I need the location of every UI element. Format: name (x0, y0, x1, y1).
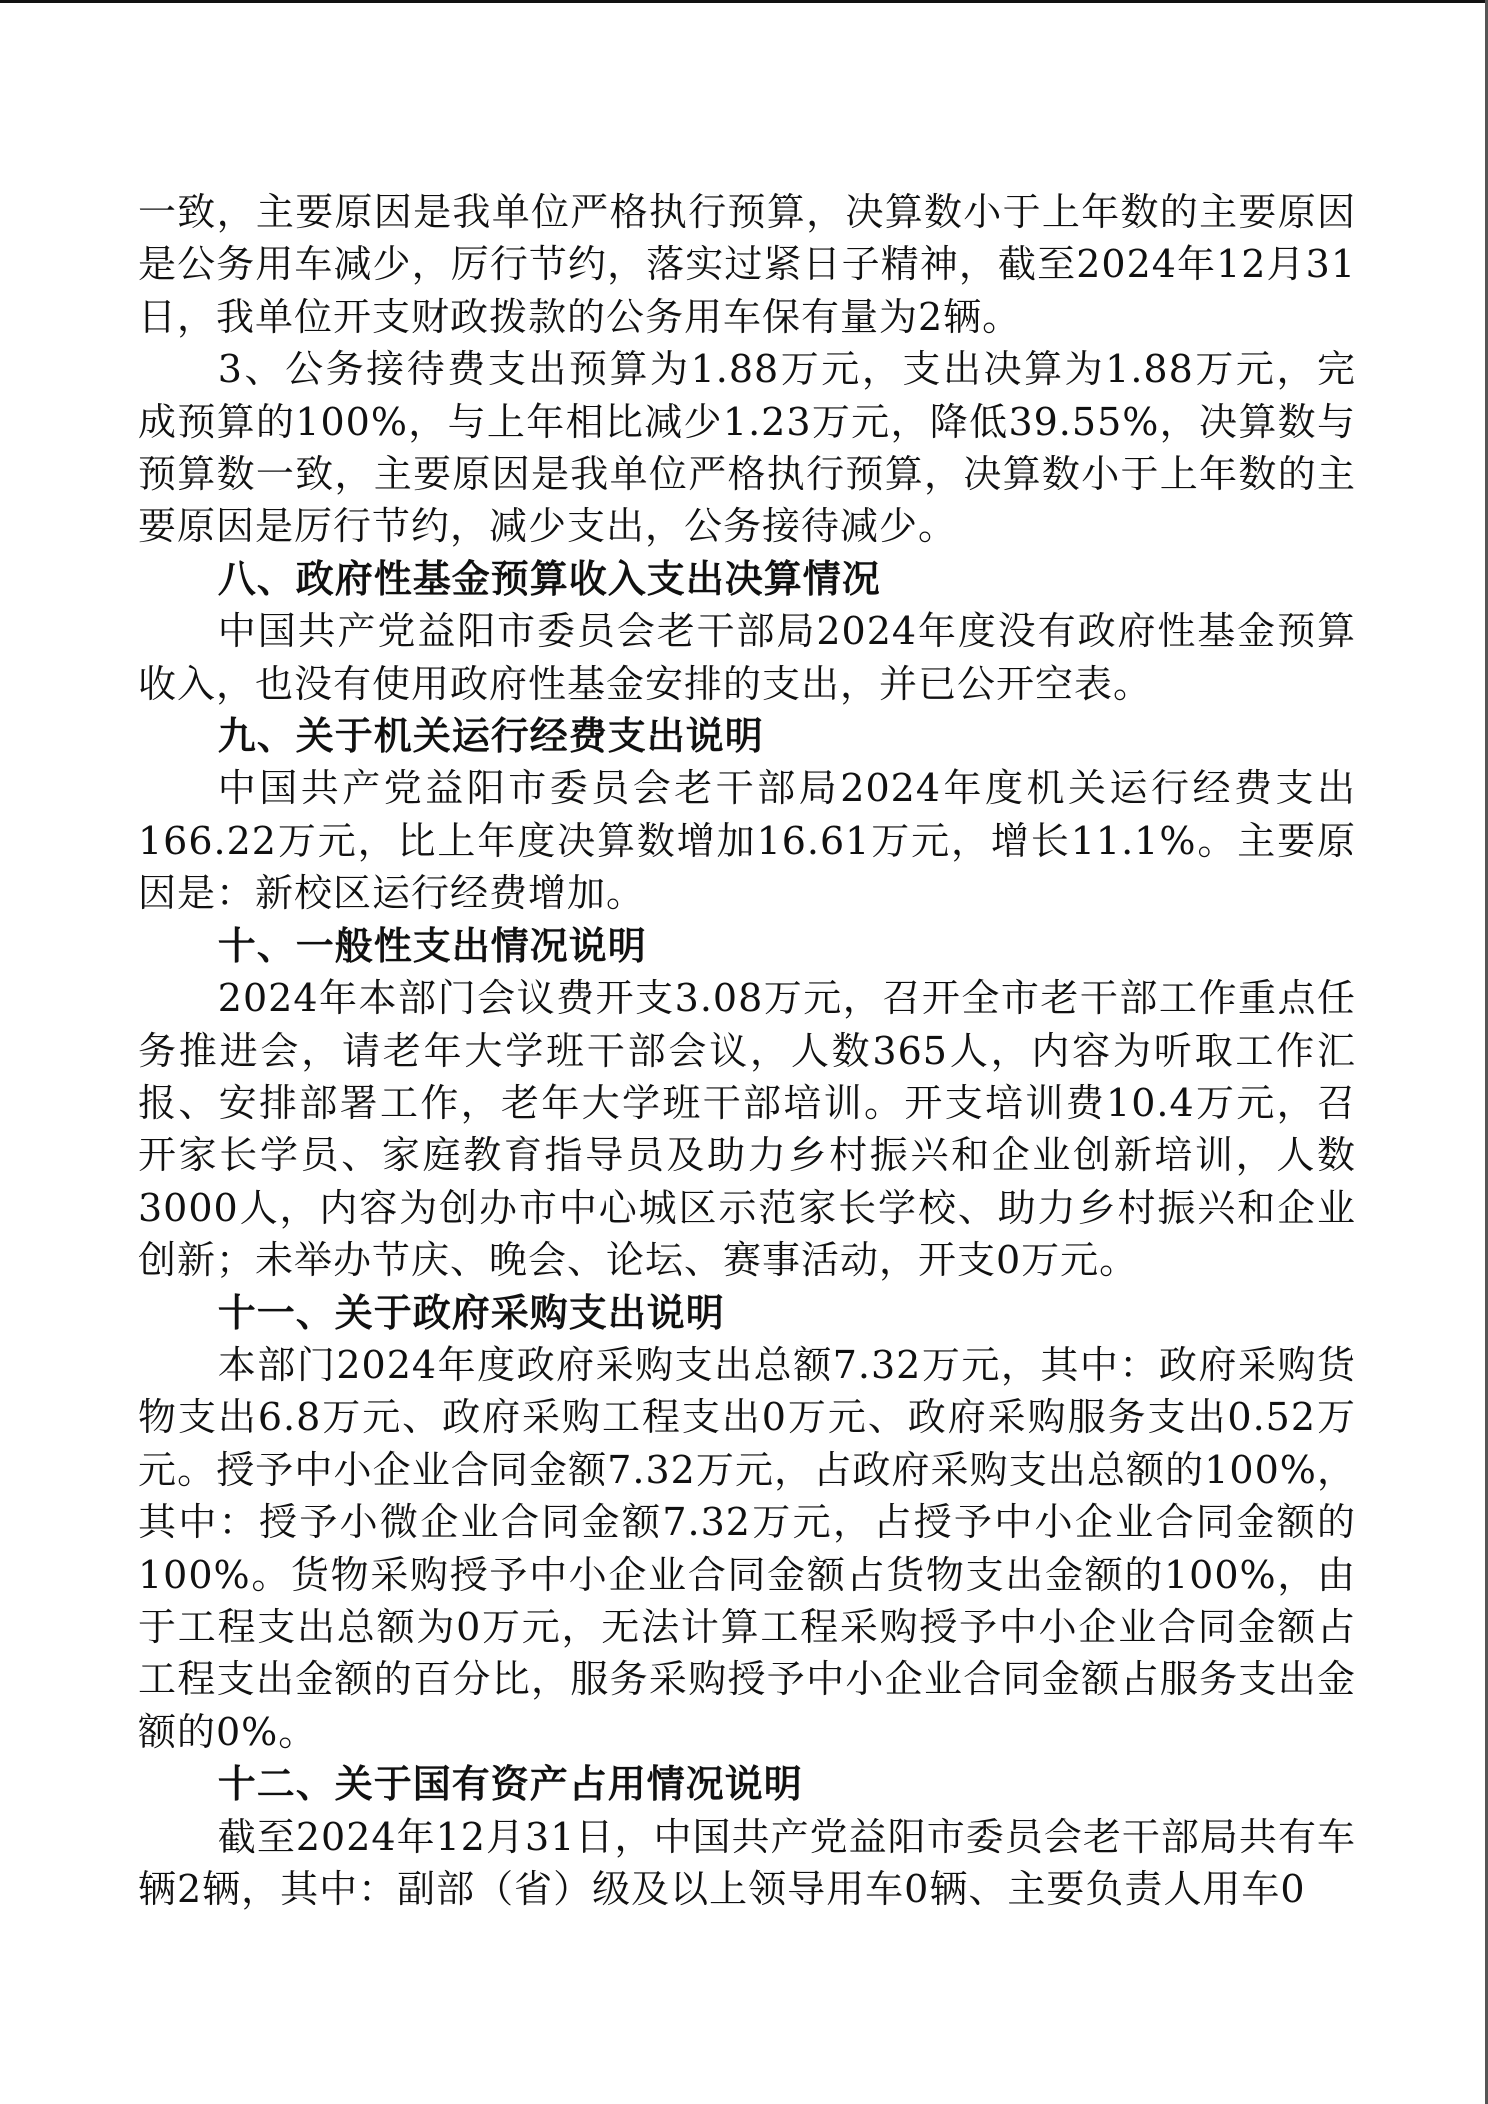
heading-procurement: 十一、关于政府采购支出说明 (138, 1287, 1356, 1339)
paragraph-procurement: 本部门2024年度政府采购支出总额7.32万元，其中：政府采购货物支出6.8万元… (138, 1339, 1356, 1758)
heading-state-assets: 十二、关于国有资产占用情况说明 (138, 1758, 1356, 1810)
heading-general-expense: 十、一般性支出情况说明 (138, 920, 1356, 972)
paragraph-reception-expense: 3、公务接待费支出预算为1.88万元，支出决算为1.88万元，完成预算的100%… (138, 343, 1356, 553)
paragraph-general-expense: 2024年本部门会议费开支3.08万元，召开全市老干部工作重点任务推进会，请老年… (138, 972, 1356, 1286)
paragraph-vehicle-continued: 一致，主要原因是我单位严格执行预算，决算数小于上年数的主要原因是公务用车减少，厉… (138, 186, 1356, 343)
paragraph-state-assets: 截至2024年12月31日，中国共产党益阳市委员会老干部局共有车辆2辆，其中：副… (138, 1811, 1356, 1916)
paragraph-operating-expense: 中国共产党益阳市委员会老干部局2024年度机关运行经费支出166.22万元，比上… (138, 762, 1356, 919)
page-top-border (0, 0, 1488, 3)
heading-operating-expense: 九、关于机关运行经费支出说明 (138, 710, 1356, 762)
document-page: 一致，主要原因是我单位严格执行预算，决算数小于上年数的主要原因是公务用车减少，厉… (138, 186, 1356, 1915)
paragraph-government-fund: 中国共产党益阳市委员会老干部局2024年度没有政府性基金预算收入，也没有使用政府… (138, 605, 1356, 710)
heading-government-fund: 八、政府性基金预算收入支出决算情况 (138, 553, 1356, 605)
